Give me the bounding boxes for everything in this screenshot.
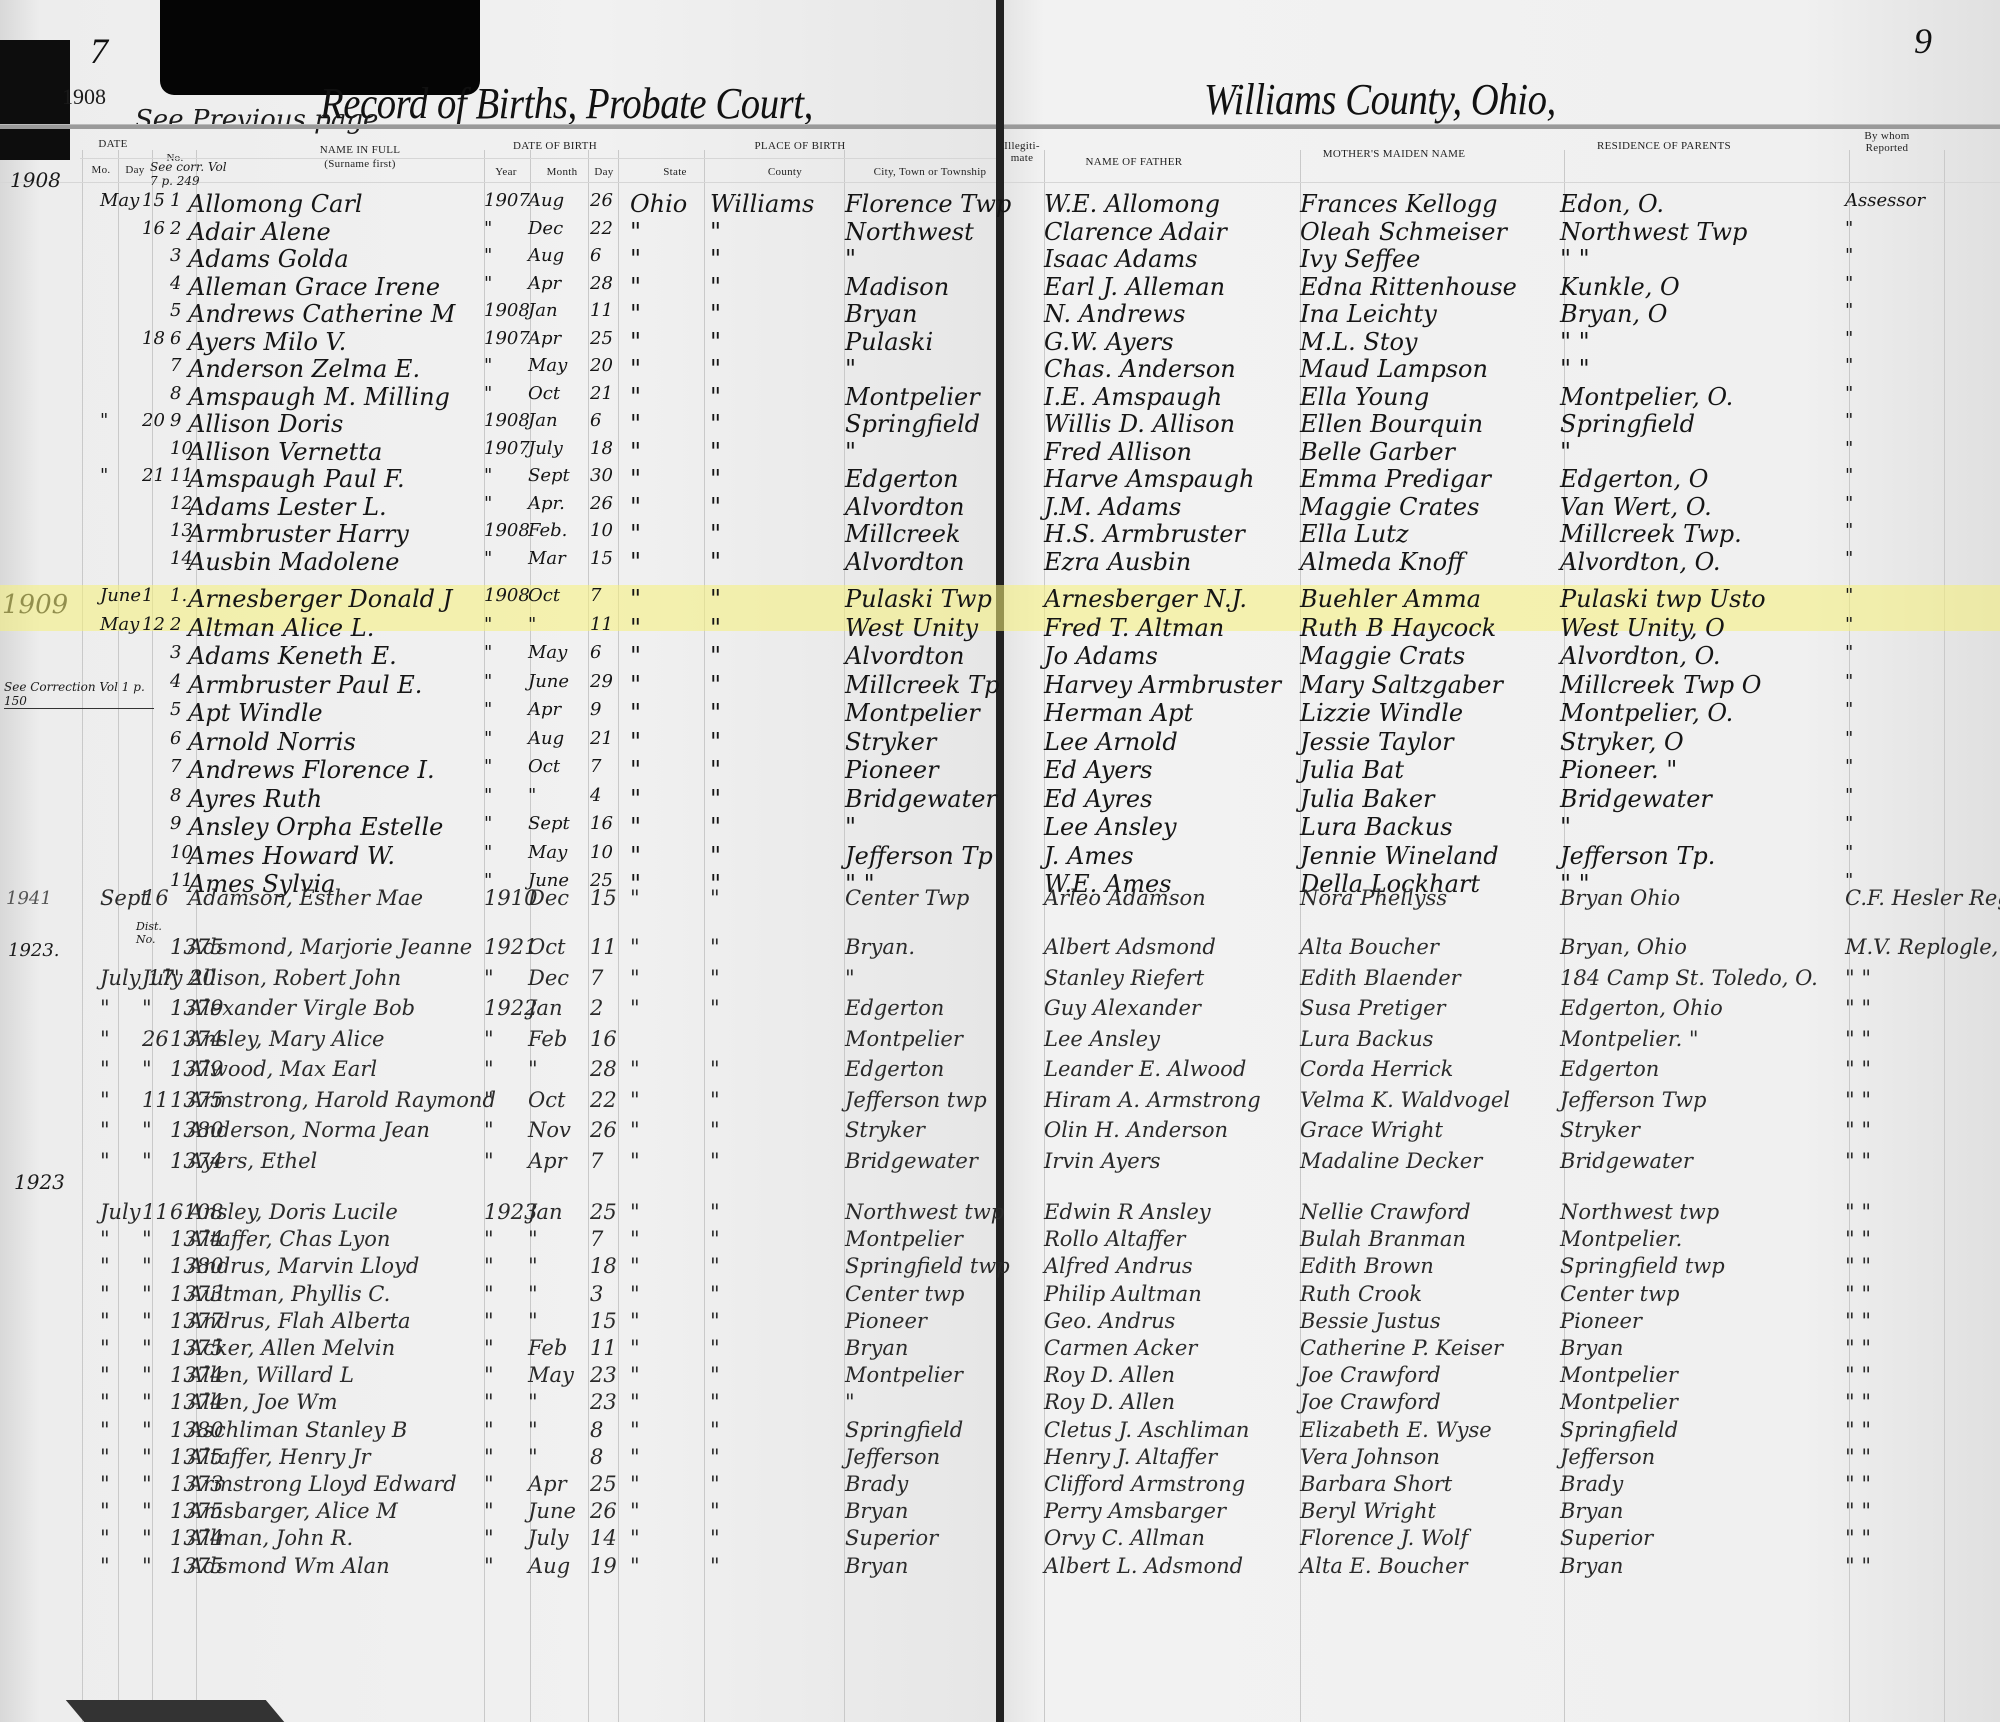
cell-year: " — [484, 1390, 494, 1414]
cell-state: " — [630, 493, 641, 521]
year-1923-annotation: 1923. — [8, 940, 60, 961]
cell-county: " — [710, 410, 721, 438]
cell-reported: " — [1845, 813, 1853, 834]
cell-father: Jo Adams — [1044, 642, 1158, 670]
cell-city: " — [845, 966, 855, 990]
cell-county: " — [710, 756, 721, 784]
cell-mother: Emma Predigar — [1300, 465, 1491, 493]
cell-mother: Bessie Justus — [1300, 1309, 1441, 1333]
cell-name: Alwood, Max Earl — [188, 1057, 377, 1081]
cell-reported: " " — [1845, 1499, 1871, 1523]
cell-dday: 8 — [590, 1418, 603, 1442]
cell-state: " — [630, 699, 641, 727]
cell-mo: " — [100, 1309, 110, 1333]
cell-dday: 6 — [590, 410, 601, 431]
cell-dday: 7 — [590, 1149, 603, 1173]
cell-mother: Ruth Crook — [1300, 1282, 1422, 1306]
cell-name: Allen, Willard L — [188, 1363, 354, 1387]
cell-father: Perry Amsbarger — [1044, 1499, 1226, 1523]
cell-dday: 21 — [590, 383, 613, 404]
cell-mo: June — [100, 585, 141, 606]
cell-mo: " — [100, 1336, 110, 1360]
cell-name: Altman Alice L. — [188, 614, 374, 642]
cell-no: 1 — [170, 190, 181, 211]
cell-city: Stryker — [845, 1118, 925, 1142]
cell-dday: 7 — [590, 1227, 603, 1251]
cell-day: 15 — [142, 190, 165, 211]
cell-name: Adair Alene — [188, 218, 331, 246]
cell-state: " — [630, 1118, 640, 1142]
cell-name: Allison, Robert John — [188, 966, 401, 990]
cell-father: W.E. Allomong — [1044, 190, 1220, 218]
cell-day: " — [142, 1254, 152, 1278]
see-correction-vol1-note: See Correction Vol 1 p. 150 — [4, 680, 154, 709]
cell-mo: " — [100, 1418, 110, 1442]
cell-year: " — [484, 1554, 494, 1578]
dist-no-label: Dist. No. — [136, 920, 166, 946]
cell-city: Edgerton — [845, 1057, 944, 1081]
cell-day: " — [142, 1227, 152, 1251]
cell-dday: 23 — [590, 1390, 617, 1414]
cell-day: 18 — [142, 328, 165, 349]
cell-county: " — [710, 1057, 720, 1081]
cell-reported: " " — [1845, 1254, 1871, 1278]
cell-month: July — [528, 438, 563, 459]
cell-dday: 2 — [590, 996, 603, 1020]
cell-reported: " " — [1845, 1526, 1871, 1550]
cell-county: " — [710, 493, 721, 521]
cell-father: Fred T. Altman — [1044, 614, 1224, 642]
cell-month: May — [528, 842, 567, 863]
col-reported-header: By whom Reported — [1852, 130, 1922, 154]
cell-state: " — [630, 548, 641, 576]
cell-city: Jefferson — [845, 1445, 940, 1469]
cell-county: " — [710, 886, 720, 910]
year-1941-annotation: 1941 — [6, 888, 52, 909]
cell-father: Leander E. Alwood — [1044, 1057, 1246, 1081]
cell-state: " — [630, 245, 641, 273]
cell-reported: " — [1845, 328, 1853, 349]
cell-no: 6 — [170, 728, 181, 749]
cell-name: Allison Vernetta — [188, 438, 382, 466]
cell-name: Alleman Grace Irene — [188, 273, 440, 301]
col-father-header: NAME OF FATHER — [1064, 156, 1204, 168]
cell-residence: Brady — [1560, 1472, 1623, 1496]
cell-mo: " — [100, 1526, 110, 1550]
cell-county: " — [710, 813, 721, 841]
cell-city: Northwest twp — [845, 1200, 1004, 1224]
cell-dday: 11 — [590, 300, 613, 321]
cell-month: Jan — [528, 410, 558, 431]
cell-county: " — [710, 1088, 720, 1112]
cell-state: " — [630, 1057, 640, 1081]
cell-state: " — [630, 410, 641, 438]
cell-name: Andrus, Marvin Lloyd — [188, 1254, 419, 1278]
cell-reported: " " — [1845, 1200, 1871, 1224]
cell-county: " — [710, 996, 720, 1020]
cell-day: " — [142, 1149, 152, 1173]
cell-father: Albert Adsmond — [1044, 935, 1216, 959]
cell-father: J.M. Adams — [1044, 493, 1181, 521]
cell-state: " — [630, 1336, 640, 1360]
page-corner-fold — [66, 1700, 284, 1722]
cell-reported: " — [1845, 785, 1853, 806]
cell-dday: 6 — [590, 245, 601, 266]
cell-reported: " " — [1845, 966, 1871, 990]
cell-day: " — [142, 1390, 152, 1414]
cell-father: Irvin Ayers — [1044, 1149, 1161, 1173]
cell-city: Bryan — [845, 300, 917, 328]
cell-reported: " — [1845, 728, 1853, 749]
cell-mother: Julia Baker — [1300, 785, 1435, 813]
cell-reported: " " — [1845, 1309, 1871, 1333]
cell-residence: Bryan, O — [1560, 300, 1667, 328]
cell-dday: 3 — [590, 1282, 603, 1306]
cell-day: " — [142, 1472, 152, 1496]
cell-name: Allomong Carl — [188, 190, 363, 218]
cell-mother: Almeda Knoff — [1300, 548, 1464, 576]
cell-name: Ayers, Ethel — [188, 1149, 317, 1173]
cell-city: Springfield — [845, 1418, 963, 1442]
cell-residence: Edon, O. — [1560, 190, 1664, 218]
cell-county: " — [710, 1499, 720, 1523]
col-mother-header: MOTHER'S MAIDEN NAME — [1304, 148, 1484, 160]
cell-city: Springfield twp — [845, 1254, 1010, 1278]
cell-month: Nov — [528, 1118, 571, 1142]
cell-county: " — [710, 1200, 720, 1224]
cell-residence: Millcreek Twp O — [1560, 671, 1761, 699]
cell-county: " — [710, 699, 721, 727]
cell-mother: Edith Blaender — [1300, 966, 1461, 990]
cell-month: Dec — [528, 966, 569, 990]
cell-mother: Buehler Amma — [1300, 585, 1481, 613]
cell-state: " — [630, 273, 641, 301]
cell-reported: " — [1845, 300, 1853, 321]
cell-residence: Northwest twp — [1560, 1200, 1719, 1224]
cell-name: Arnold Norris — [188, 728, 356, 756]
cell-dday: 16 — [590, 1027, 617, 1051]
cell-dday: 15 — [590, 1309, 617, 1333]
cell-city: Montpelier — [845, 1363, 963, 1387]
cell-father: Geo. Andrus — [1044, 1309, 1175, 1333]
cell-no: 8 — [170, 785, 181, 806]
cell-dday: 29 — [590, 671, 613, 692]
cell-city: Bryan — [845, 1336, 908, 1360]
cell-father: Fred Allison — [1044, 438, 1192, 466]
cell-state: " — [630, 1309, 640, 1333]
cell-reported: " — [1845, 520, 1853, 541]
cell-residence: Bridgewater — [1560, 1149, 1693, 1173]
cell-month: Apr — [528, 328, 561, 349]
cell-year: " — [484, 785, 492, 806]
cell-city: Jefferson Tp — [845, 842, 993, 870]
cell-reported: " " — [1845, 1445, 1871, 1469]
cell-state: " — [630, 966, 640, 990]
cell-no: 2 — [170, 218, 181, 239]
cell-father: N. Andrews — [1044, 300, 1185, 328]
cell-mother: Lura Backus — [1300, 813, 1453, 841]
cell-father: G.W. Ayers — [1044, 328, 1174, 356]
cell-county: " — [710, 438, 721, 466]
left-page-title: Record of Births, Probate Court, — [320, 78, 813, 129]
cell-year: " — [484, 1445, 494, 1469]
cell-name: Altaffer, Chas Lyon — [188, 1227, 390, 1251]
cell-mother: Edna Rittenhouse — [1300, 273, 1517, 301]
col-mo-header: Mo. — [86, 164, 116, 176]
cell-mo: July — [100, 1200, 141, 1224]
cell-mother: Jessie Taylor — [1300, 728, 1454, 756]
cell-month: Aug — [528, 190, 564, 211]
cell-state: " — [630, 383, 641, 411]
cell-no: 3 — [170, 642, 181, 663]
cell-reported: Assessor — [1845, 190, 1925, 211]
cell-mother: Edith Brown — [1300, 1254, 1434, 1278]
cell-dday: 4 — [590, 785, 601, 806]
cell-dday: 7 — [590, 585, 601, 606]
cell-mother: Lura Backus — [1300, 1027, 1433, 1051]
cell-mo: " — [100, 410, 108, 431]
cell-dday: 15 — [590, 548, 613, 569]
cell-county: " — [710, 585, 721, 613]
cell-reported: " — [1845, 699, 1853, 720]
cell-mother: Ellen Bourquin — [1300, 410, 1483, 438]
cell-name: Adams Lester L. — [188, 493, 387, 521]
cell-residence: Jefferson Twp — [1560, 1088, 1707, 1112]
see-previous-page-note: See Previous page — [135, 105, 378, 135]
cell-year: " — [484, 1027, 494, 1051]
cell-father: Alfred Andrus — [1044, 1254, 1193, 1278]
cell-city: Montpelier — [845, 1227, 963, 1251]
cell-dday: 26 — [590, 190, 613, 211]
cell-county: " — [710, 465, 721, 493]
cell-city: Pulaski Twp — [845, 585, 992, 613]
cell-reported: " — [1845, 438, 1853, 459]
cell-reported: " " — [1845, 1472, 1871, 1496]
cell-city: Bryan. — [845, 935, 915, 959]
cell-name: Alexander Virgle Bob — [188, 996, 415, 1020]
cell-year: " — [484, 1499, 494, 1523]
cell-reported: " — [1845, 245, 1853, 266]
cell-mother: Nellie Crawford — [1300, 1200, 1471, 1224]
cell-residence: Pioneer — [1560, 1309, 1642, 1333]
cell-mother: Julia Bat — [1300, 756, 1404, 784]
cell-residence: Montpelier. — [1560, 1227, 1682, 1251]
cell-residence: Stryker — [1560, 1118, 1640, 1142]
cell-month: Feb — [528, 1027, 567, 1051]
cell-city: West Unity — [845, 614, 978, 642]
cell-reported: " " — [1845, 1363, 1871, 1387]
cell-dday: 7 — [590, 966, 603, 990]
cell-residence: Montpelier, O. — [1560, 699, 1733, 727]
cell-residence: Stryker, O — [1560, 728, 1684, 756]
cell-city: Stryker — [845, 728, 936, 756]
cell-state: " — [630, 1472, 640, 1496]
cell-county: " — [710, 1390, 720, 1414]
cell-month: Feb. — [528, 520, 567, 541]
cell-residence: Bridgewater — [1560, 785, 1712, 813]
cell-name: Adsmond Wm Alan — [188, 1554, 390, 1578]
cell-reported: " " — [1845, 1027, 1871, 1051]
cell-city: Edgerton — [845, 465, 958, 493]
cell-dday: 23 — [590, 1363, 617, 1387]
cell-city: Edgerton — [845, 996, 944, 1020]
cell-dday: 18 — [590, 438, 613, 459]
cell-month: Oct — [528, 1088, 565, 1112]
cell-mother: Vera Johnson — [1300, 1445, 1440, 1469]
cell-no: " — [170, 966, 180, 990]
cell-day: " — [142, 996, 152, 1020]
cell-state: " — [630, 756, 641, 784]
cell-month: Aug — [528, 1554, 570, 1578]
cell-state: " — [630, 1227, 640, 1251]
cell-dday: 8 — [590, 1445, 603, 1469]
cell-year: " — [484, 465, 492, 486]
cell-mo: " — [100, 1363, 110, 1387]
cell-month: Apr. — [528, 493, 565, 514]
cell-mother: Maud Lampson — [1300, 355, 1488, 383]
cell-father: Albert L. Adsmond — [1044, 1554, 1243, 1578]
cell-county: " — [710, 1363, 720, 1387]
cell-day: " — [142, 1363, 152, 1387]
cell-day: " — [142, 1118, 152, 1142]
cell-county: " — [710, 728, 721, 756]
cell-month: " — [528, 1227, 538, 1251]
cell-no: 4 — [170, 273, 181, 294]
cell-mother: Elizabeth E. Wyse — [1300, 1418, 1492, 1442]
cell-reported: " — [1845, 410, 1853, 431]
cell-no: 6 — [170, 328, 181, 349]
cell-month: " — [528, 1309, 538, 1333]
cell-no: 3 — [170, 245, 181, 266]
cell-mother: Joe Crawford — [1300, 1390, 1441, 1414]
cell-year: " — [484, 728, 492, 749]
cell-city: Madison — [845, 273, 949, 301]
cell-day: 11 — [142, 1200, 169, 1224]
cell-mother: Ina Leichty — [1300, 300, 1437, 328]
cell-dday: 30 — [590, 465, 613, 486]
cell-month: " — [528, 785, 536, 806]
cell-no: 9 — [170, 813, 181, 834]
cell-no: 7 — [170, 355, 181, 376]
cell-father: Clarence Adair — [1044, 218, 1227, 246]
cell-residence: Edgerton — [1560, 1057, 1659, 1081]
cell-name: Andrus, Flah Alberta — [188, 1309, 411, 1333]
cell-month: Sept — [528, 465, 570, 486]
cell-city: " — [845, 813, 856, 841]
cell-state: " — [630, 842, 641, 870]
cell-mother: Alta Boucher — [1300, 935, 1439, 959]
cell-city: " — [845, 355, 856, 383]
cell-no: 1. — [170, 585, 187, 606]
cell-father: Olin H. Anderson — [1044, 1118, 1228, 1142]
cell-city: Bryan — [845, 1499, 908, 1523]
cell-city: Florence Twp — [845, 190, 1011, 218]
cell-county: " — [710, 614, 721, 642]
cell-year: " — [484, 355, 492, 376]
cell-month: Jan — [528, 300, 558, 321]
cell-year: " — [484, 1418, 494, 1442]
cell-mother: Ella Young — [1300, 383, 1429, 411]
cell-year: " — [484, 614, 492, 635]
cell-county: " — [710, 1418, 720, 1442]
cell-father: Herman Apt — [1044, 699, 1193, 727]
cell-father: Guy Alexander — [1044, 996, 1201, 1020]
cell-mother: Belle Garber — [1300, 438, 1455, 466]
cell-mother: Corda Herrick — [1300, 1057, 1453, 1081]
cell-year: " — [484, 756, 492, 777]
cell-city: Brady — [845, 1472, 908, 1496]
cell-residence: Edgerton, Ohio — [1560, 996, 1723, 1020]
cell-father: Harve Amspaugh — [1044, 465, 1254, 493]
cell-dday: 14 — [590, 1526, 617, 1550]
cell-dday: 19 — [590, 1554, 617, 1578]
binder-clip — [0, 40, 70, 160]
col-state-header: State — [650, 166, 700, 178]
cell-county: " — [710, 671, 721, 699]
cell-year: " — [484, 1282, 494, 1306]
cell-year: 1908 — [484, 300, 530, 321]
cell-year: " — [484, 245, 492, 266]
col-county-header: County — [760, 166, 810, 178]
cell-city: Alvordton — [845, 548, 964, 576]
cell-dday: 22 — [590, 218, 613, 239]
cell-year: " — [484, 1057, 494, 1081]
cell-dday: 11 — [590, 1336, 617, 1360]
cell-month: Apr — [528, 699, 561, 720]
cell-state: " — [630, 935, 640, 959]
cell-father: Isaac Adams — [1044, 245, 1198, 273]
cell-state: " — [630, 1200, 640, 1224]
cell-state: " — [630, 1554, 640, 1578]
cell-father: Cletus J. Aschliman — [1044, 1418, 1249, 1442]
cell-day: " — [142, 1336, 152, 1360]
cell-state: " — [630, 996, 640, 1020]
cell-year: " — [484, 218, 492, 239]
cell-city: Jefferson twp — [845, 1088, 987, 1112]
cell-year: 1907 — [484, 328, 530, 349]
cell-month: " — [528, 1418, 538, 1442]
cell-residence: Montpelier, O. — [1560, 383, 1733, 411]
cell-father: H.S. Armbruster — [1044, 520, 1245, 548]
col-dob-header: DATE OF BIRTH — [480, 140, 630, 152]
cell-mother: Maggie Crates — [1300, 493, 1479, 521]
cell-state: Ohio — [630, 190, 687, 218]
cell-name: Armstrong, Harold Raymond — [188, 1088, 496, 1112]
cell-month: Oct — [528, 585, 560, 606]
cell-county: " — [710, 1472, 720, 1496]
cell-reported: " — [1845, 355, 1853, 376]
cell-year: 1908 — [484, 585, 530, 606]
cell-mother: Mary Saltzgaber — [1300, 671, 1503, 699]
cell-father: Philip Aultman — [1044, 1282, 1202, 1306]
cell-county: " — [710, 785, 721, 813]
col-illegitimate-header: Illegiti-mate — [1004, 140, 1040, 164]
cell-reported: " " — [1845, 1057, 1871, 1081]
cell-mother: Ivy Seffee — [1300, 245, 1420, 273]
cell-father: Stanley Riefert — [1044, 966, 1204, 990]
cell-name: Armstrong Lloyd Edward — [188, 1472, 457, 1496]
cell-mother: Joe Crawford — [1300, 1363, 1441, 1387]
cell-dday: 26 — [590, 493, 613, 514]
cell-residence: Van Wert, O. — [1560, 493, 1712, 521]
col-month-header: Month — [540, 166, 584, 178]
cell-county: " — [710, 1227, 720, 1251]
cell-reported: " " — [1845, 996, 1871, 1020]
cell-county: " — [710, 328, 721, 356]
cell-mo: " — [100, 1118, 110, 1142]
cell-county: " — [710, 1282, 720, 1306]
cell-father: Ed Ayres — [1044, 785, 1152, 813]
